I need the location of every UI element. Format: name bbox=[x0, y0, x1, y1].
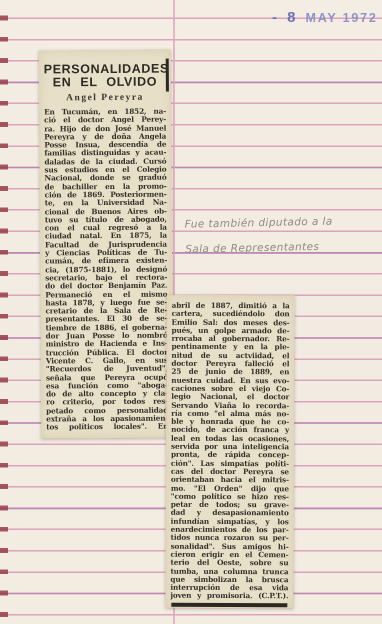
date-stamp-month-year: MAY 1972 bbox=[306, 11, 378, 25]
byline: Angel Pereyra bbox=[44, 93, 166, 104]
article-end-rule bbox=[171, 602, 287, 607]
column-rule bbox=[166, 59, 169, 92]
date-stamp: - 8 MAY 1972 bbox=[272, 9, 378, 26]
article-column-1: En Tucumán, en 1852, na- ció el doctor A… bbox=[44, 108, 168, 432]
newspaper-clipping-left: PERSONALIDADES EN EL OLVIDO Angel Pereyr… bbox=[39, 50, 174, 439]
newspaper-clipping-right: abril de 1887, dimitió a la cartera, suc… bbox=[165, 295, 294, 609]
article-column-2: abril de 1887, dimitió a la cartera, suc… bbox=[170, 302, 289, 601]
binding-margin-marks bbox=[0, 0, 8, 624]
annotation-line1: Fue también diputado a la bbox=[184, 209, 344, 237]
headline-line2: EN EL OLVIDO bbox=[44, 76, 166, 90]
annotation-line2: Sala de Representantes bbox=[185, 234, 345, 262]
handwritten-annotation: Fue también diputado a la Sala de Repres… bbox=[184, 209, 345, 262]
date-stamp-day: - 8 bbox=[272, 9, 299, 26]
notebook-page: - 8 MAY 1972 PERSONALIDADES EN EL OLVIDO… bbox=[0, 0, 382, 624]
